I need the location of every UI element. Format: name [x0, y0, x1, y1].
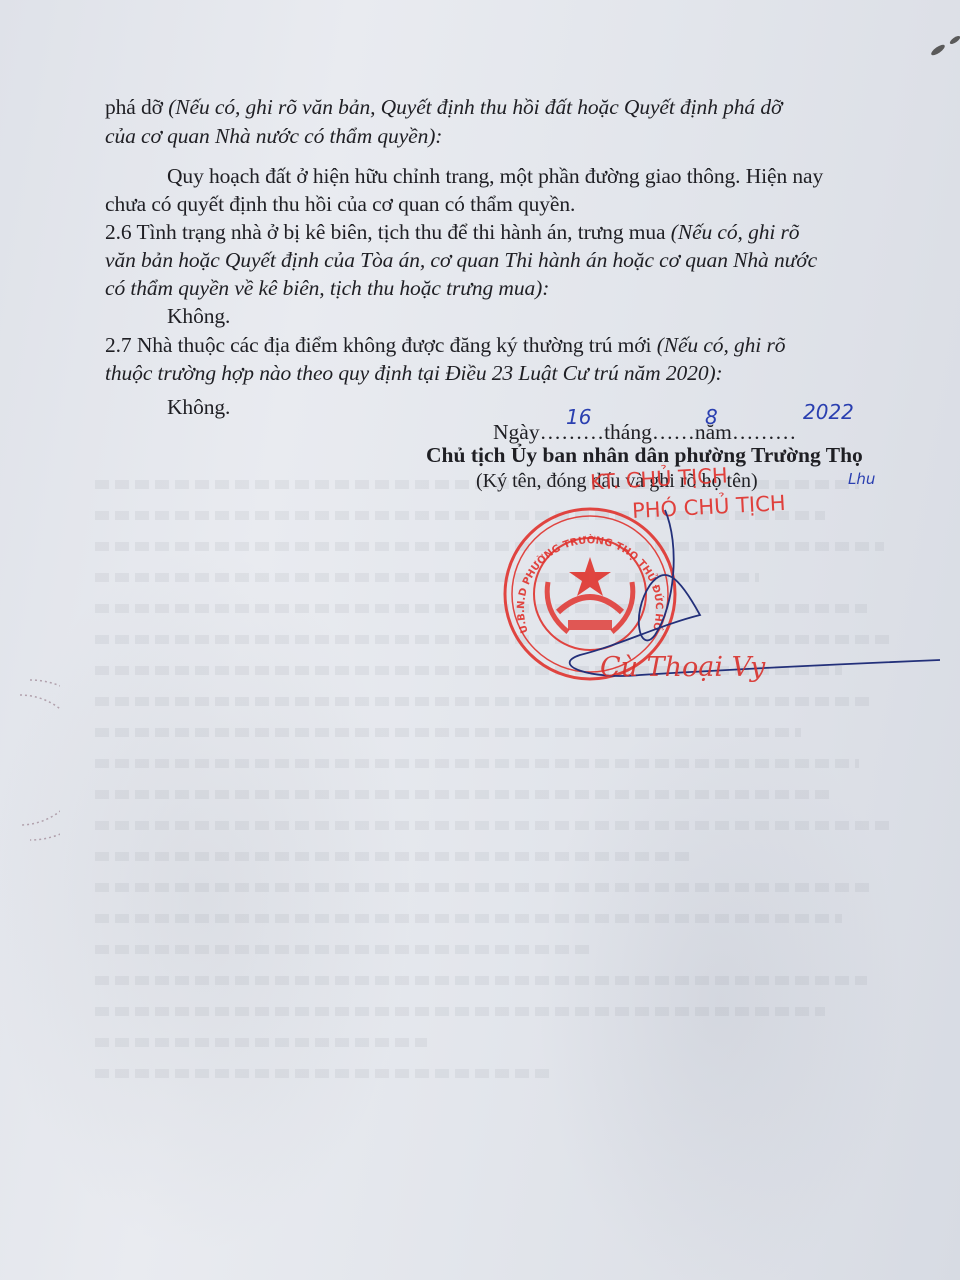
handwritten-month: 8	[705, 405, 718, 429]
handwritten-day: 16	[566, 405, 591, 429]
staple-marks-icon	[920, 30, 960, 70]
text-line: của cơ quan Nhà nước có thẩm quyền):	[105, 126, 442, 148]
text-line: Quy hoạch đất ở hiện hữu chỉnh trang, mộ…	[167, 166, 823, 188]
document-page: phá dỡ (Nếu có, ghi rõ văn bản, Quyết đị…	[0, 0, 960, 1280]
signer-title: Chủ tịch Ủy ban nhân dân phường Trường T…	[426, 443, 863, 468]
text-line: phá dỡ (Nếu có, ghi rõ văn bản, Quyết đị…	[105, 97, 782, 119]
date-line: Ngày………tháng……năm………	[493, 420, 796, 445]
text-line: có thẩm quyền về kê biên, tịch thu hoặc …	[105, 278, 549, 300]
handwritten-year: 2022	[803, 400, 854, 424]
section-2-6-heading: 2.6 Tình trạng nhà ở bị kê biên, tịch th…	[105, 222, 799, 244]
text-line: thuộc trường hợp nào theo quy định tại Đ…	[105, 363, 723, 385]
text-line: văn bản hoặc Quyết định của Tòa án, cơ q…	[105, 250, 817, 272]
handwritten-initial: Lhu	[848, 470, 875, 488]
answer-2-7: Không.	[167, 397, 230, 419]
section-2-7-heading: 2.7 Nhà thuộc các địa điểm không được đă…	[105, 335, 785, 357]
signer-name: Cù Thoại Vy	[600, 652, 765, 683]
text-line: chưa có quyết định thu hồi của cơ quan c…	[105, 194, 575, 216]
partial-stamp-left-edge-icon	[0, 670, 60, 850]
answer-2-6: Không.	[167, 306, 230, 328]
